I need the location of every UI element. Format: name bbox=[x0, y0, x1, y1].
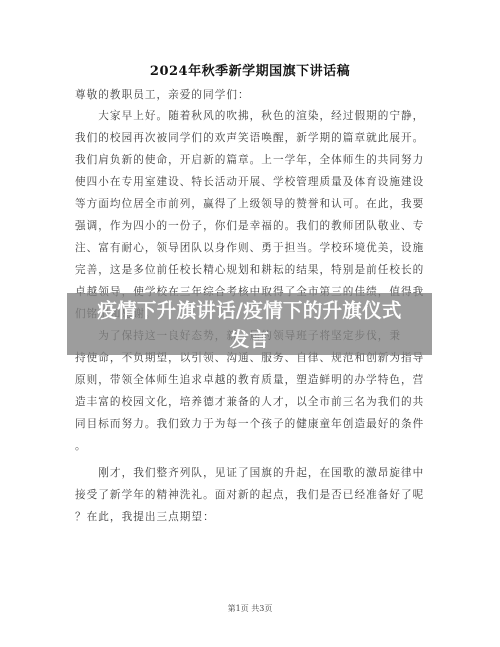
text-line: 刚才，我们整齐列队，见证了国旗的升起，在国歌的激昂旋律中 bbox=[75, 466, 430, 480]
page-number: 第1页 共3页 bbox=[0, 603, 500, 614]
text-line: 原则，带领全体师生追求卓越的教育质量，塑造鲜明的办学特色，营 bbox=[75, 373, 430, 387]
overlay-title: 疫情下升旗讲话/疫情下的升旗仪式 发言 bbox=[67, 293, 432, 354]
text-line: 完善，这是多位前任校长精心规划和耕耘的结果，特别是前任校长的 bbox=[75, 263, 430, 277]
document-title: 2024年秋季新学期国旗下讲话稿 bbox=[0, 60, 500, 79]
text-line: 我们肩负新的使命，开启新的篇章。上一学年，全体师生的共同努力 bbox=[75, 153, 430, 167]
text-line: 同目标而努力。我们致力于为每一个孩子的健康童年创造最好的条件 bbox=[75, 417, 430, 431]
overlay-title-line2: 发言 bbox=[67, 325, 432, 354]
text-line: 注、富有耐心，领导团队以身作则、勇于担当。学校环境优美，设施 bbox=[75, 241, 430, 255]
text-line: 造丰富的校园文化，培养德才兼备的人才，以全市前三名为我们的共 bbox=[75, 395, 430, 409]
text-line: 大家早上好。随着秋风的吹拂，秋色的渲染，经过假期的宁静， bbox=[75, 109, 430, 123]
text-line: 等方面均位居全市前列，赢得了上级领导的赞誉和认可。在此，我要 bbox=[75, 197, 430, 211]
text-line: 接受了新学年的精神洗礼。面对新的起点，我们是否已经准备好了呢 bbox=[75, 488, 430, 502]
text-line: 。 bbox=[75, 439, 430, 453]
text-line: 使四小在专用室建设、特长活动开展、学校管理质量及体育设施建设 bbox=[75, 175, 430, 189]
text-line: 强调，作为四小的一份子，你们是幸福的。我们的教师团队敬业、专 bbox=[75, 219, 430, 233]
text-line: 我们的校园再次被同学们的欢声笑语唤醒，新学期的篇章就此展开。 bbox=[75, 131, 430, 145]
text-line: 尊敬的教职员工，亲爱的同学们： bbox=[75, 88, 430, 102]
text-line: ？在此，我提出三点期望： bbox=[75, 510, 430, 524]
overlay-title-line1: 疫情下升旗讲话/疫情下的升旗仪式 bbox=[67, 296, 432, 325]
